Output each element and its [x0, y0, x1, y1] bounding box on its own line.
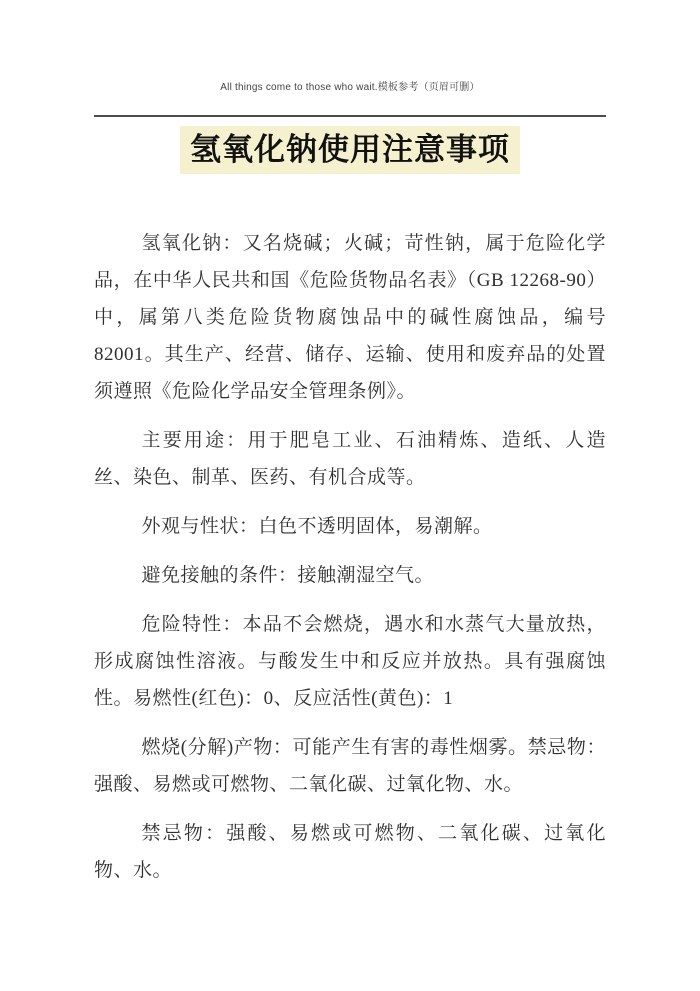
- paragraph-incompatibilities: 禁忌物：强酸、易燃或可燃物、二氧化碳、过氧化物、水。: [94, 815, 606, 889]
- paragraph-hazard-characteristics: 危险特性：本品不会燃烧，遇水和水蒸气大量放热，形成腐蚀性溶液。与酸发生中和反应并…: [94, 606, 606, 717]
- paragraph-intro: 氢氧化钠：又名烧碱；火碱；苛性钠，属于危险化学品，在中华人民共和国《危险货物品名…: [94, 225, 606, 410]
- paragraph-appearance: 外观与性状：白色不透明固体，易潮解。: [94, 508, 606, 545]
- document-page: All things come to those who wait.模板参考（页…: [0, 0, 700, 991]
- title-highlight-text: 氢氧化钠使用注意事项: [180, 126, 520, 174]
- paragraph-combustion-products: 燃烧(分解)产物：可能产生有害的毒性烟雾。禁忌物：强酸、易燃或可燃物、二氧化碳、…: [94, 729, 606, 803]
- document-title: 氢氧化钠使用注意事项: [0, 126, 700, 174]
- header-text: All things come to those who wait.模板参考（页…: [0, 0, 700, 94]
- paragraph-avoid-contact: 避免接触的条件：接触潮湿空气。: [94, 557, 606, 594]
- header-rule: [94, 115, 606, 117]
- document-body: 氢氧化钠：又名烧碱；火碱；苛性钠，属于危险化学品，在中华人民共和国《危险货物品名…: [94, 225, 606, 889]
- paragraph-main-uses: 主要用途：用于肥皂工业、石油精炼、造纸、人造丝、染色、制革、医药、有机合成等。: [94, 422, 606, 496]
- page-header: All things come to those who wait.模板参考（页…: [0, 0, 700, 117]
